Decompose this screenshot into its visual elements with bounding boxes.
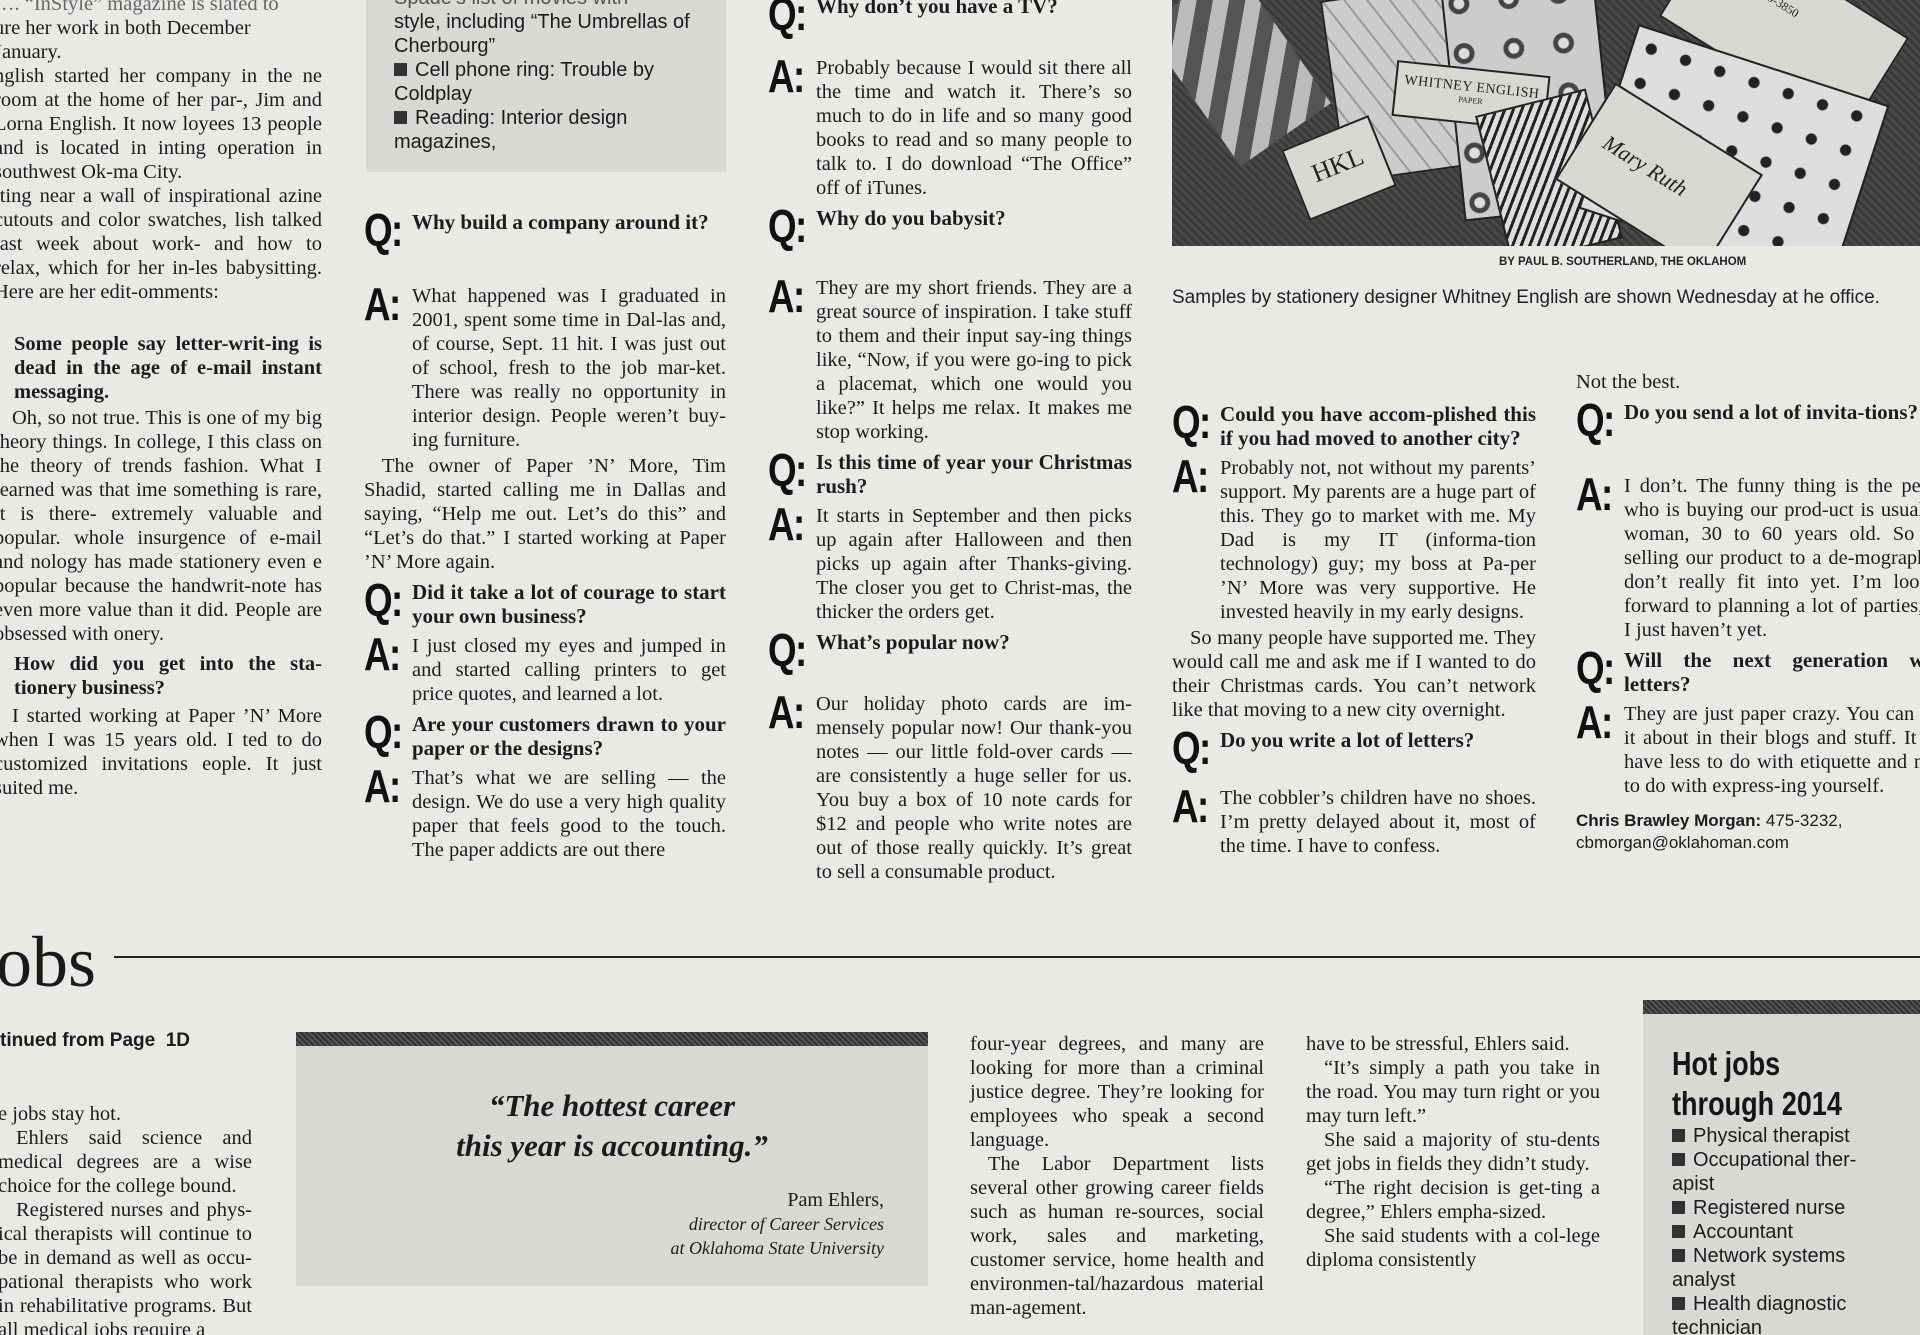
- question-block: Q: Is this time of year your Christmas r…: [768, 450, 1132, 498]
- answer-text: Probably not, not without my parents’ su…: [1220, 456, 1536, 624]
- article-column-4: Q: Could you have accom-plished this if …: [1172, 396, 1536, 860]
- answer-text: So many people have supported me. They w…: [1172, 626, 1536, 722]
- question-block: Q: Why build a company around it?: [364, 210, 726, 250]
- a-marker: A:: [364, 634, 402, 674]
- question-text: Why don’t you have a TV?: [816, 0, 1132, 18]
- question-block: Q: Do you write a lot of letters?: [1172, 728, 1536, 768]
- question-text: Will the next generation write letters?: [1624, 648, 1920, 696]
- answer-text: Not the best.: [1576, 370, 1920, 394]
- answer-block: A: They are just paper crazy. You can re…: [1576, 702, 1920, 798]
- monogram-text: HKL: [1291, 134, 1386, 196]
- pullquote-bar: [296, 1032, 928, 1046]
- bullet-square-icon: [1672, 1297, 1685, 1310]
- photo-caption: Samples by stationery designer Whitney E…: [1172, 286, 1920, 310]
- answer-text: What happened was I graduated in 2001, s…: [412, 284, 726, 452]
- favorites-line: Spade’s list of movies with: [394, 0, 726, 10]
- hot-jobs-title: Hot jobs through 2014: [1672, 1044, 1875, 1124]
- question-text: Why do you babysit?: [816, 206, 1132, 230]
- pullquote-box: “The hottest career this year is account…: [296, 1046, 928, 1286]
- q-marker: Q:: [1172, 728, 1210, 768]
- a-marker: A:: [364, 284, 402, 324]
- a-marker: A:: [768, 56, 806, 96]
- a-marker: A:: [1576, 702, 1614, 742]
- bullet-square-icon: [1672, 1249, 1685, 1262]
- answer-block: A: That’s what we are selling — the desi…: [364, 766, 726, 862]
- article-column-1: …. “InStyle” magazine is slated to ure h…: [0, 0, 322, 800]
- question-text: Some people say letter-writ-ing is dead …: [0, 332, 322, 404]
- hot-jobs-box: Hot jobs through 2014 Physical therapist…: [1643, 1014, 1920, 1335]
- a-marker: A:: [1172, 456, 1210, 496]
- answer-block: A: What happened was I graduated in 2001…: [364, 284, 726, 452]
- question-block: Q: What’s popular now?: [768, 630, 1132, 670]
- q-marker: Q:: [1576, 648, 1614, 688]
- section-divider: [114, 956, 1920, 958]
- body-paragraph: She said students with a col-lege diplom…: [1306, 1224, 1600, 1272]
- article-column-5: Not the best. Q: Do you send a lot of in…: [1576, 370, 1920, 854]
- bullet-square-icon: [1672, 1201, 1685, 1214]
- section-headline: obs: [0, 922, 96, 1002]
- jobs-column-3: four-year degrees, and many are looking …: [970, 1032, 1264, 1320]
- body-paragraph: tting near a wall of inspirational azine…: [0, 184, 322, 304]
- hot-job-item: Health diagnostic technician: [1672, 1292, 1872, 1335]
- answer-block: A: Probably because I would sit there al…: [768, 56, 1132, 200]
- body-paragraph: have to be stressful, Ehlers said.: [1306, 1032, 1600, 1056]
- hot-jobs-bar: [1643, 1000, 1920, 1014]
- question-text: Did it take a lot of courage to start yo…: [412, 580, 726, 628]
- question-block: Q: Could you have accom-plished this if …: [1172, 402, 1536, 450]
- body-paragraph: She said a majority of stu-dents get job…: [1306, 1128, 1600, 1176]
- q-marker: Q:: [364, 712, 402, 752]
- bullet-square-icon: [394, 111, 407, 124]
- article-column-2: Q: Why build a company around it? A: Wha…: [364, 204, 726, 864]
- jobs-column-4: have to be stressful, Ehlers said. “It’s…: [1306, 1032, 1600, 1272]
- answer-text: They are just paper crazy. You can read …: [1624, 702, 1920, 798]
- answer-text: I don’t. The funny thing is the person w…: [1624, 474, 1920, 642]
- answer-text: Probably because I would sit there all t…: [816, 56, 1132, 200]
- attribution-org: at Oklahoma State University: [296, 1236, 884, 1260]
- question-text: Do you write a lot of letters?: [1220, 728, 1536, 752]
- answer-text: Our holiday photo cards are im-mensely p…: [816, 692, 1132, 884]
- body-paragraph: Ehlers said science and medical degrees …: [0, 1126, 252, 1198]
- bullet-square-icon: [394, 63, 407, 76]
- bullet-square-icon: [1672, 1129, 1685, 1142]
- answer-text: The cobbler’s children have no shoes. I’…: [1220, 786, 1536, 858]
- question-block: Q: Will the next generation write letter…: [1576, 648, 1920, 696]
- body-paragraph: Registered nurses and phys-ical therapis…: [0, 1198, 252, 1335]
- continued-label: tinued from Page 1D: [0, 1030, 190, 1052]
- question-block: Q: Did it take a lot of courage to start…: [364, 580, 726, 628]
- body-paragraph: nglish started her company in the ne roo…: [0, 64, 322, 184]
- answer-block: A: I don’t. The funny thing is the perso…: [1576, 474, 1920, 642]
- answer-block: A: It starts in September and then picks…: [768, 504, 1132, 624]
- hot-job-item: Registered nurse: [1672, 1196, 1872, 1220]
- article-column-3: Q: Why don’t you have a TV? A: Probably …: [768, 0, 1132, 886]
- intro-line: January.: [0, 40, 322, 64]
- answer-text: Oh, so not true. This is one of my big t…: [0, 406, 322, 646]
- a-marker: A:: [364, 766, 402, 806]
- q-marker: Q:: [364, 210, 402, 250]
- favorites-item: style, including “The Umbrellas of Cherb…: [394, 10, 726, 58]
- a-marker: A:: [1576, 474, 1614, 514]
- q-marker: Q:: [1576, 400, 1614, 440]
- a-marker: A:: [1172, 786, 1210, 826]
- photo-credit: BY PAUL B. SOUTHERLAND, THE OKLAHOM: [1499, 256, 1920, 268]
- answer-text: I just closed my eyes and jumped in and …: [412, 634, 726, 706]
- answer-block: A: Our holiday photo cards are im-mensel…: [768, 692, 1132, 884]
- q-marker: Q:: [768, 630, 806, 670]
- byline-phone: 475-3232,: [1766, 811, 1843, 830]
- question-text: How did you get into the sta-tionery bus…: [0, 652, 322, 700]
- byline-name: Chris Brawley Morgan:: [1576, 811, 1761, 830]
- question-text: Are your customers drawn to your paper o…: [412, 712, 726, 760]
- answer-text: It starts in September and then picks up…: [816, 504, 1132, 624]
- pullquote-text: “The hottest career this year is account…: [296, 1086, 928, 1166]
- body-paragraph: “It’s simply a path you take in the road…: [1306, 1056, 1600, 1128]
- q-marker: Q:: [768, 450, 806, 490]
- body-paragraph: The Labor Department lists several other…: [970, 1152, 1264, 1320]
- q-marker: Q:: [1172, 402, 1210, 442]
- favorites-item: Cell phone ring: Trouble by Coldplay: [394, 58, 726, 106]
- question-text: Could you have accom-plished this if you…: [1220, 402, 1536, 450]
- question-block: Q: Do you send a lot of invita-tions?: [1576, 400, 1920, 440]
- bullet-square-icon: [1672, 1225, 1685, 1238]
- q-marker: Q:: [364, 580, 402, 620]
- attribution-title: director of Career Services: [296, 1212, 884, 1236]
- hot-jobs-list: Physical therapist Occupational ther-api…: [1672, 1124, 1872, 1335]
- answer-text: They are my short friends. They are a gr…: [816, 276, 1132, 444]
- a-marker: A:: [768, 504, 806, 544]
- question-text: Why build a company around it?: [412, 210, 726, 234]
- jobs-column-1: e jobs stay hot. Ehlers said science and…: [0, 1102, 252, 1335]
- question-text: Do you send a lot of invita-tions?: [1624, 400, 1920, 424]
- body-paragraph: e jobs stay hot.: [0, 1102, 252, 1126]
- a-marker: A:: [768, 276, 806, 316]
- question-text: What’s popular now?: [816, 630, 1132, 654]
- favorites-sidebar: Spade’s list of movies with style, inclu…: [366, 0, 726, 172]
- byline-email[interactable]: cbmorgan@oklahoman.com: [1576, 833, 1789, 852]
- answer-text: That’s what we are selling — the design.…: [412, 766, 726, 862]
- answer-block: A: I just closed my eyes and jumped in a…: [364, 634, 726, 706]
- answer-block: A: The cobbler’s children have no shoes.…: [1172, 786, 1536, 858]
- answer-text: I started working at Paper ’N’ More when…: [0, 704, 322, 800]
- bullet-square-icon: [1672, 1153, 1685, 1166]
- hot-job-item: Accountant: [1672, 1220, 1872, 1244]
- answer-block: A: They are my short friends. They are a…: [768, 276, 1132, 444]
- q-marker: Q:: [768, 0, 806, 34]
- attribution-name: Pam Ehlers,: [296, 1188, 884, 1212]
- question-block: Q: Why don’t you have a TV?: [768, 0, 1132, 34]
- favorites-item: Reading: Interior design magazines,: [394, 106, 726, 154]
- answer-text: The owner of Paper ’N’ More, Tim Shadid,…: [364, 454, 726, 574]
- byline: Chris Brawley Morgan: 475-3232, cbmorgan…: [1576, 810, 1920, 854]
- body-paragraph: four-year degrees, and many are looking …: [970, 1032, 1264, 1152]
- question-block: Q: Are your customers drawn to your pape…: [364, 712, 726, 760]
- intro-line: …. “InStyle” magazine is slated to: [0, 0, 322, 16]
- answer-block: A: Probably not, not without my parents’…: [1172, 456, 1536, 624]
- body-paragraph: “The right decision is get-ting a degree…: [1306, 1176, 1600, 1224]
- stationery-photo: WHITNEY ENGLISH PAPER HKL (806) 729-3850…: [1172, 0, 1920, 246]
- hot-job-item: Physical therapist: [1672, 1124, 1872, 1148]
- pullquote-attribution: Pam Ehlers, director of Career Services …: [296, 1188, 928, 1260]
- hot-job-item: Network systems analyst: [1672, 1244, 1872, 1292]
- intro-line: ure her work in both December: [0, 16, 322, 40]
- q-marker: Q:: [768, 206, 806, 246]
- a-marker: A:: [768, 692, 806, 732]
- question-block: Q: Why do you babysit?: [768, 206, 1132, 246]
- hot-job-item: Occupational ther-apist: [1672, 1148, 1872, 1196]
- question-text: Is this time of year your Christmas rush…: [816, 450, 1132, 498]
